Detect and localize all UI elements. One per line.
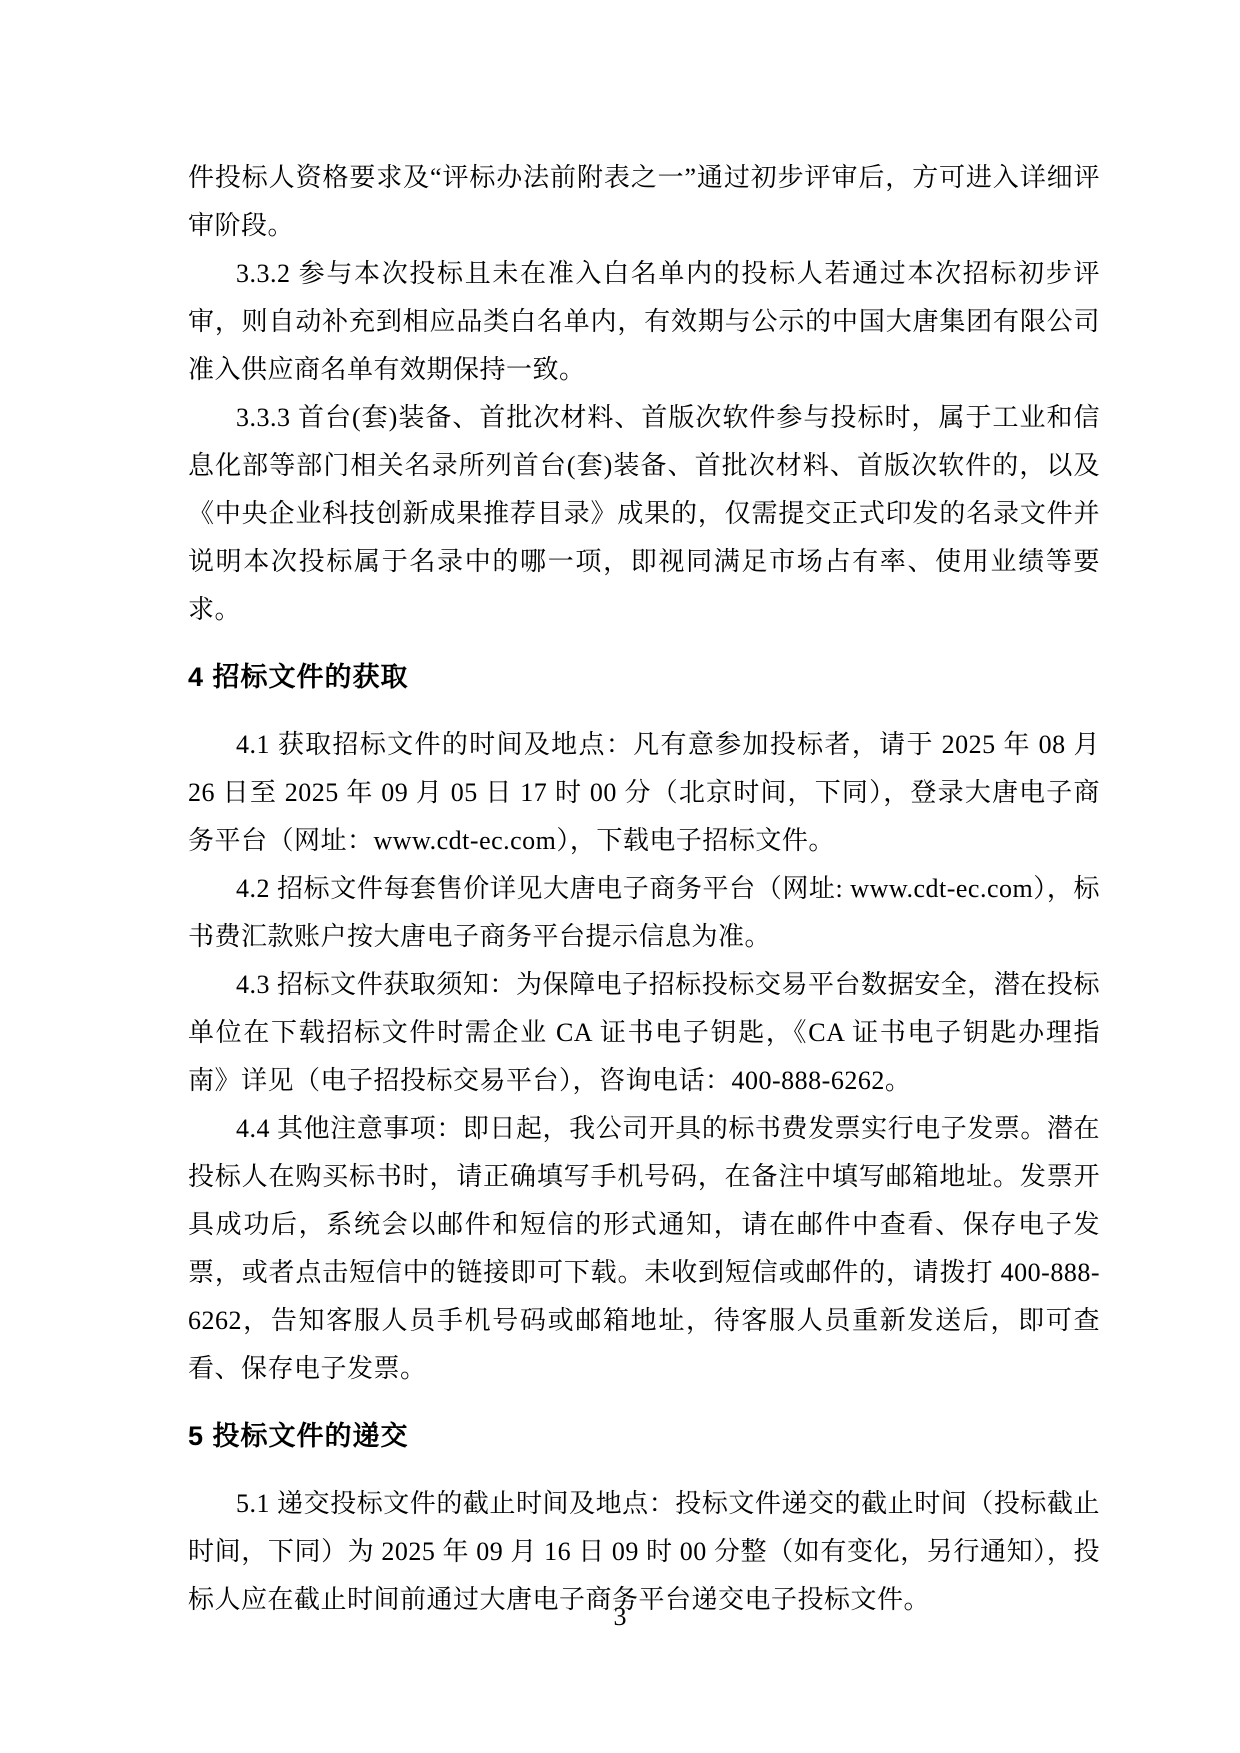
paragraph-4-3: 4.3 招标文件获取须知：为保障电子招标投标交易平台数据安全，潜在投标单位在下载…: [188, 961, 1100, 1105]
paragraph-continuation: 件投标人资格要求及“评标办法前附表之一”通过初步评审后，方可进入详细评审阶段。: [188, 154, 1100, 250]
paragraph-4-1: 4.1 获取招标文件的时间及地点：凡有意参加投标者，请于 2025 年 08 月…: [188, 721, 1100, 865]
paragraph-3-3-2: 3.3.2 参与本次投标且未在准入白名单内的投标人若通过本次招标初步评审，则自动…: [188, 250, 1100, 394]
paragraph-4-4: 4.4 其他注意事项：即日起，我公司开具的标书费发票实行电子发票。潜在投标人在购…: [188, 1105, 1100, 1393]
section-heading-4-bid-document-acquisition: 4 招标文件的获取: [188, 653, 1100, 701]
document-page: 件投标人资格要求及“评标办法前附表之一”通过初步评审后，方可进入详细评审阶段。 …: [0, 0, 1240, 1753]
paragraph-3-3-3: 3.3.3 首台(套)装备、首批次材料、首版次软件参与投标时，属于工业和信息化部…: [188, 394, 1100, 634]
page-number: 3: [0, 1593, 1240, 1641]
section-heading-5-bid-document-submission: 5 投标文件的递交: [188, 1412, 1100, 1460]
paragraph-4-2: 4.2 招标文件每套售价详见大唐电子商务平台（网址: www.cdt-ec.co…: [188, 865, 1100, 961]
document-body: 件投标人资格要求及“评标办法前附表之一”通过初步评审后，方可进入详细评审阶段。 …: [188, 154, 1100, 1624]
